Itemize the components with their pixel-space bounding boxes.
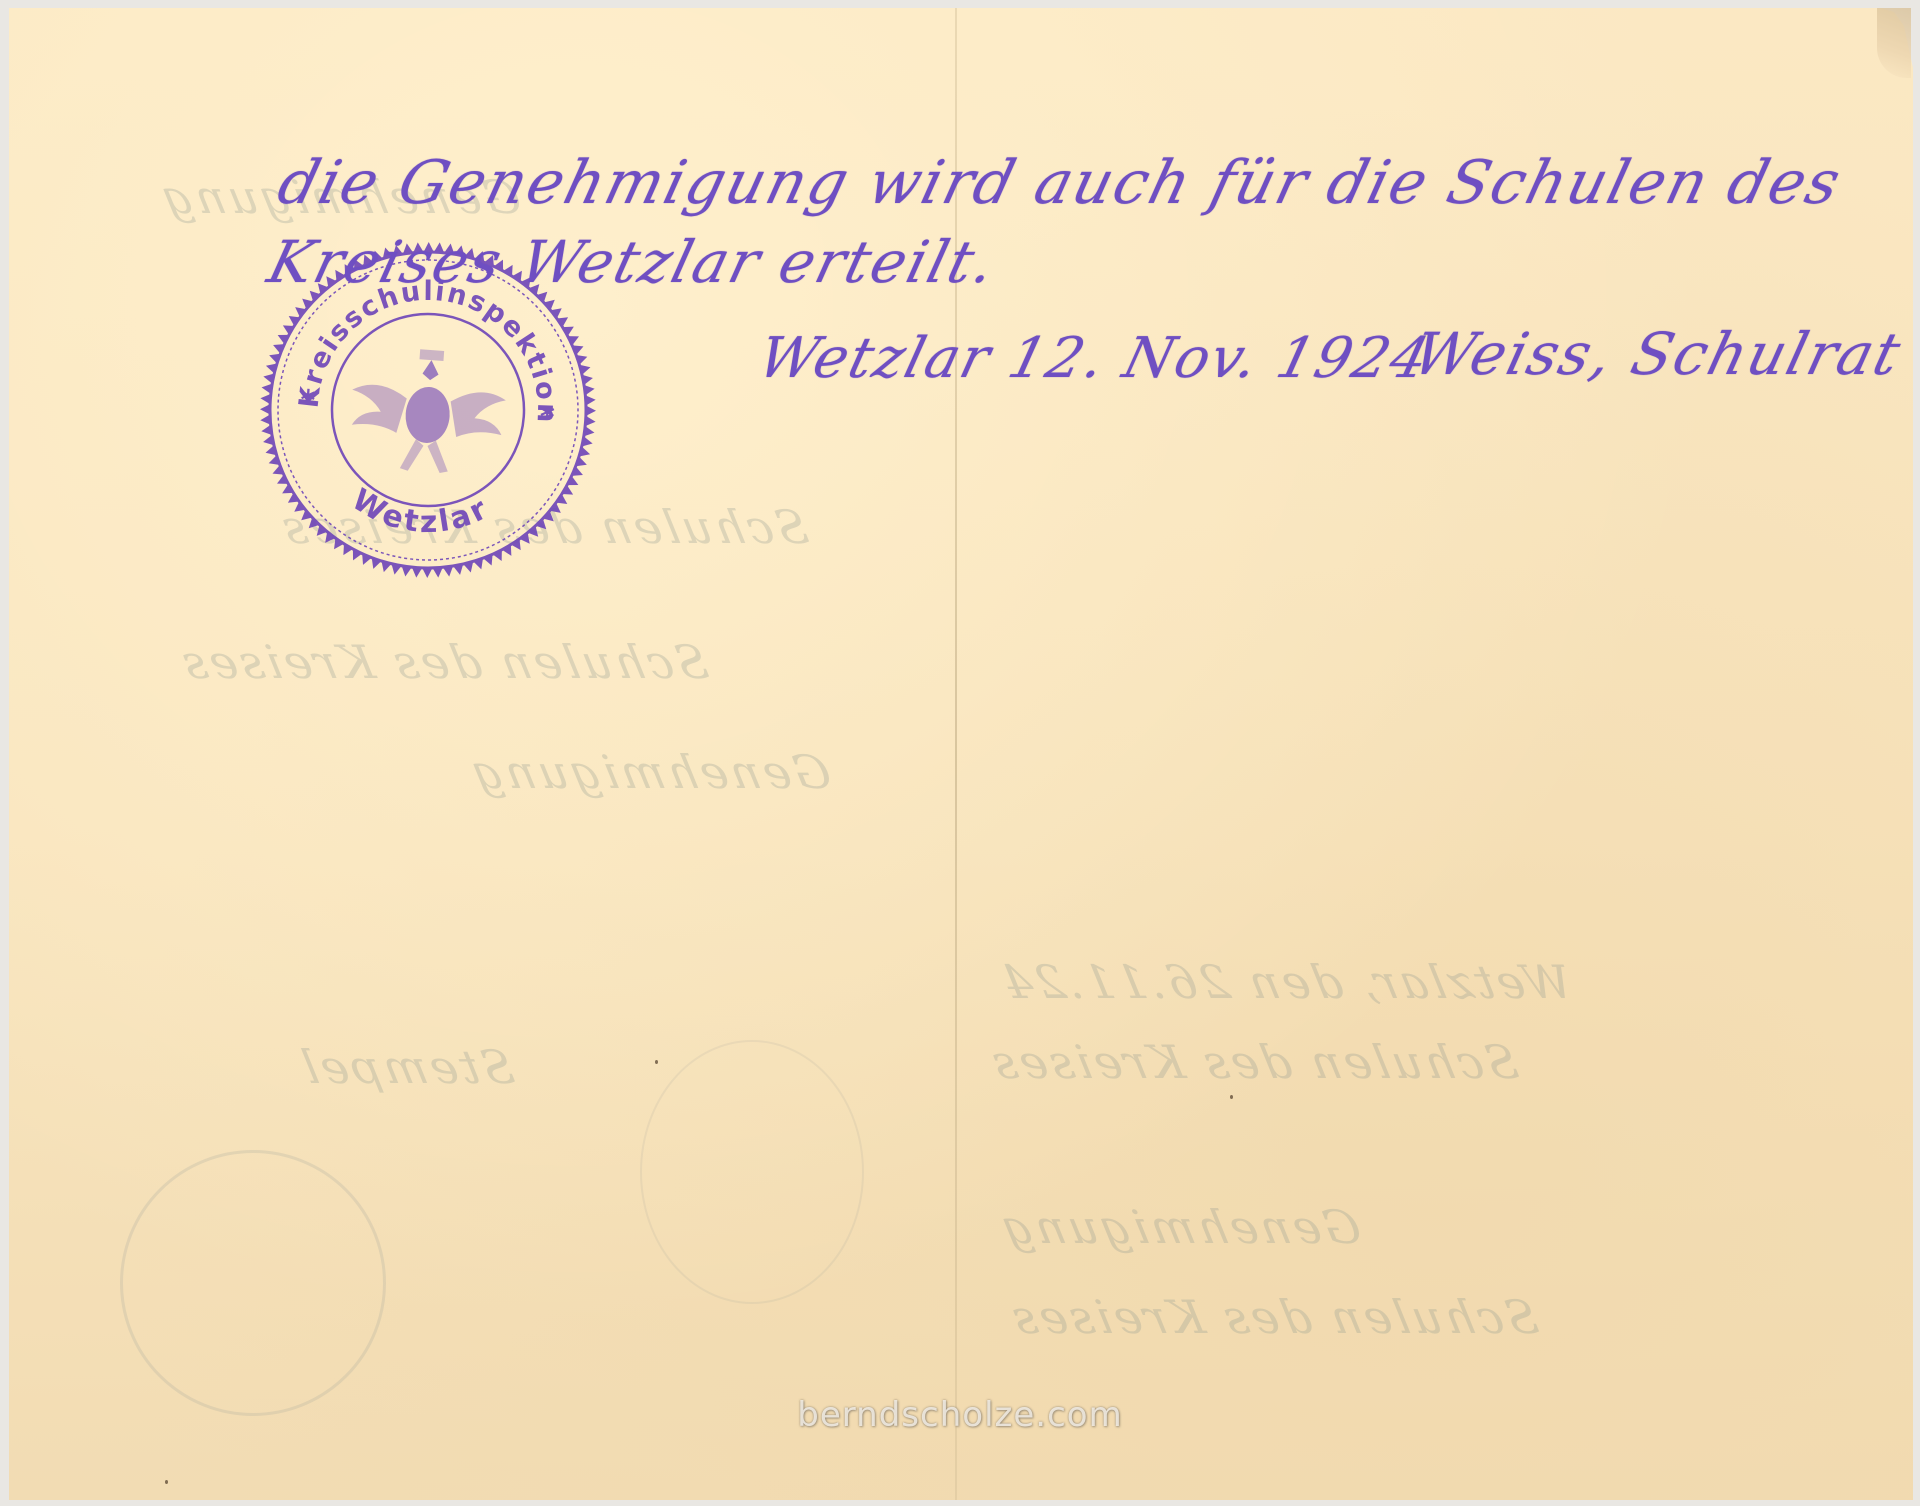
watermark: berndscholze.com bbox=[0, 1395, 1920, 1435]
bleed-through-text: Schulen des Kreises bbox=[174, 635, 713, 689]
stamp-bottom-text: Wetzlar bbox=[344, 481, 497, 545]
paper-speck bbox=[1230, 1095, 1233, 1099]
svg-text:Wetzlar: Wetzlar bbox=[344, 481, 497, 545]
bleed-through-text: Schulen des Kreises bbox=[984, 1035, 1523, 1089]
handwritten-line-2: Kreises Wetzlar erteilt. bbox=[262, 228, 1004, 296]
signature: Weiss, Schulrat bbox=[1407, 320, 1909, 388]
bleed-through-text: Wetzlar, den 26.11.24 bbox=[994, 955, 1576, 1009]
bleed-through-text: Genehmigung bbox=[994, 1200, 1365, 1254]
bleed-through-stamp bbox=[120, 1150, 386, 1416]
eagle-icon bbox=[347, 345, 509, 477]
paper-speck bbox=[655, 1060, 658, 1064]
bleed-through-text: Stempel bbox=[294, 1040, 519, 1094]
bleed-through-text: Schulen des Kreises bbox=[1004, 1290, 1543, 1344]
star-icon: * bbox=[299, 383, 316, 417]
place-and-date: Wetzlar 12. Nov. 1924 bbox=[752, 326, 1437, 391]
paper-speck bbox=[165, 1480, 168, 1484]
bleed-through-text: Genehmigung bbox=[464, 745, 835, 799]
star-icon: * bbox=[539, 400, 556, 434]
bleed-through-stamp bbox=[640, 1040, 864, 1304]
handwritten-line-1: die Genehmigung wird auch für die Schule… bbox=[271, 148, 1848, 218]
